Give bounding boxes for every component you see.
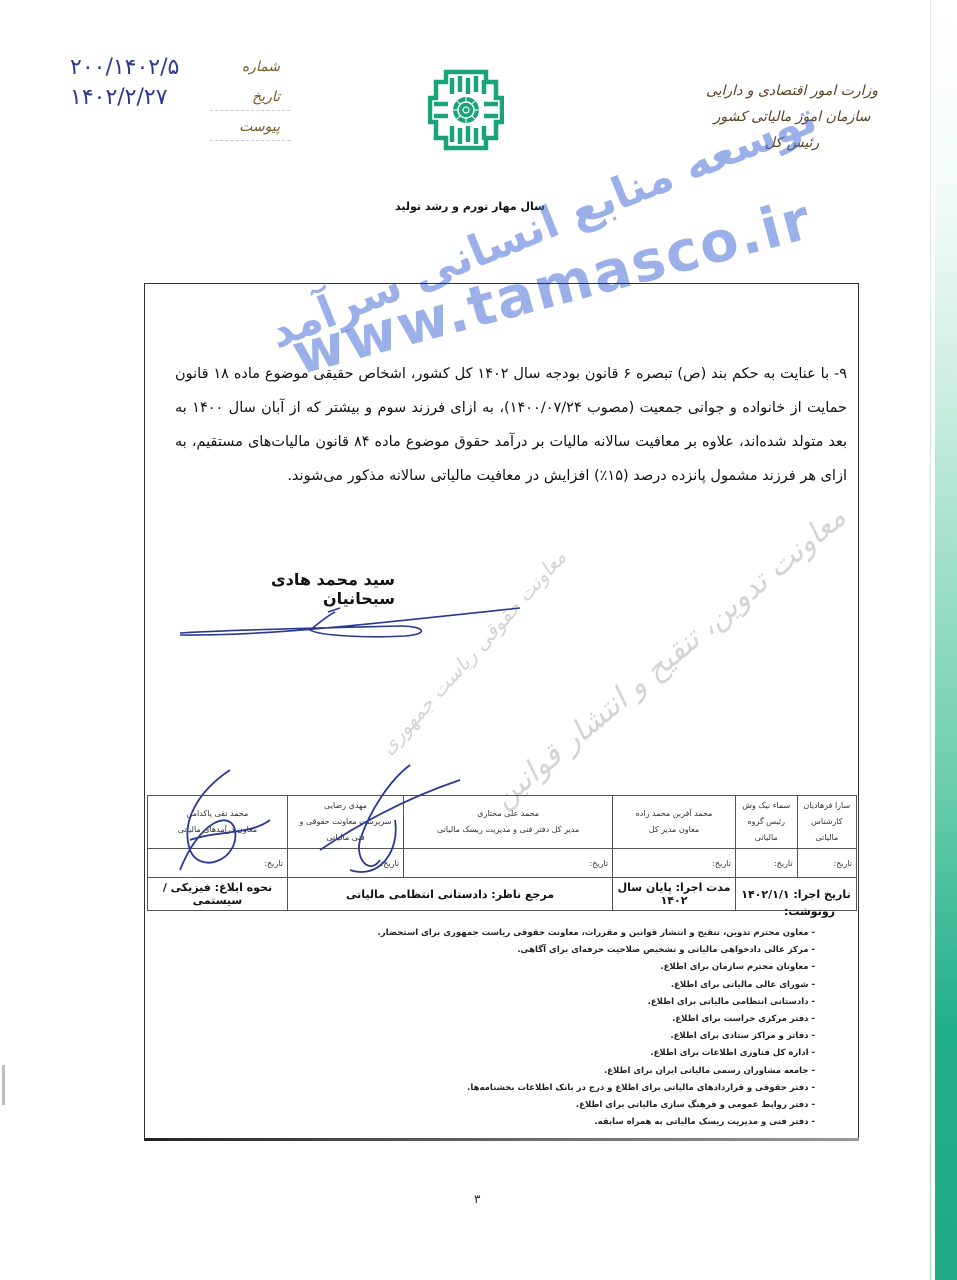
signatory-cell: سماء نیک وشرئیس گروه مالیاتی — [735, 796, 797, 849]
signatory-cell: مهدی رضاییسرپرست معاونت حقوقی و فنی مالی… — [287, 796, 403, 849]
letter-attachment-row: پیوست — [60, 115, 290, 145]
dotted-line — [210, 140, 290, 141]
date-cell: تاریخ: — [287, 849, 403, 878]
cc-item: اداره کل فناوری اطلاعات برای اطلاع. — [380, 1045, 815, 1062]
signatory-date-row: تاریخ: تاریخ: تاریخ: تاریخ: تاریخ: تاریخ… — [148, 849, 857, 878]
directive-paragraph: ۹- با عنایت به حکم بند (ص) تبصره ۶ قانون… — [175, 357, 847, 493]
office-title: رئیس کل — [697, 130, 887, 156]
signatory-cell: محمد علی مختاریمدیر کل دفتر فنی و مدیریت… — [404, 796, 613, 849]
page-edge-line — [930, 0, 931, 1280]
notification-method: نحوه ابلاغ: فیزیکی /سیستمی — [148, 878, 288, 911]
cc-title: رونوشت: — [760, 905, 835, 918]
execution-period: مدت اجرا: پایان سال ۱۴۰۲ — [613, 878, 736, 911]
cc-item: دادستانی انتظامی مالیاتی برای اطلاع. — [380, 994, 815, 1011]
cc-list: معاون محترم تدوین، تنقیح و انتشار قوانین… — [380, 925, 815, 1131]
signatory-cell: محمد آفرین محمد زادهمعاون مدیر کل — [613, 796, 736, 849]
letter-number-label: شماره — [242, 59, 280, 75]
signatory-cell: سارا فرهادیانکارشناس مالیاتی — [797, 796, 856, 849]
date-cell: تاریخ: — [148, 849, 288, 878]
cc-item: شورای عالی مالیاتی برای اطلاع. — [380, 977, 815, 994]
date-cell: تاریخ: — [797, 849, 856, 878]
letter-attachment-label: پیوست — [239, 119, 280, 135]
execution-info-row: تاریخ اجرا: ۱۴۰۲/۱/۱ مدت اجرا: پایان سال… — [148, 878, 857, 911]
dotted-line — [210, 110, 290, 111]
scan-mark — [2, 1065, 5, 1105]
supervisory-authority: مرجع ناظر: دادستانی انتظامی مالیاتی — [287, 878, 612, 911]
year-slogan: سال مهار تورم و رشد تولید — [380, 200, 560, 213]
signatory-cell: محمد تقی پاکدامنمعاون درآمدهای مالیاتی — [148, 796, 288, 849]
signature-mark — [170, 600, 530, 650]
approval-table: سارا فرهادیانکارشناس مالیاتی سماء نیک وش… — [147, 795, 857, 911]
date-cell: تاریخ: — [404, 849, 613, 878]
cc-item: معاون محترم تدوین، تنقیح و انتشار قوانین… — [380, 925, 815, 942]
letter-date-row: ۱۴۰۲/۲/۲۷ تاریخ — [60, 85, 290, 115]
frame-bottom-edge — [144, 1138, 859, 1141]
letter-number-value: ۲۰۰/۱۴۰۲/۵ — [70, 55, 179, 80]
signatory-row: سارا فرهادیانکارشناس مالیاتی سماء نیک وش… — [148, 796, 857, 849]
letter-number-row: ۲۰۰/۱۴۰۲/۵ شماره — [60, 55, 290, 85]
letter-date-value: ۱۴۰۲/۲/۲۷ — [70, 85, 168, 110]
organization-name: سازمان امور مالیاتی کشور — [697, 104, 887, 130]
tax-organization-logo-icon — [428, 68, 504, 152]
ministry-name: وزارت امور اقتصادی و دارایی — [697, 78, 887, 104]
letter-reference-block: ۲۰۰/۱۴۰۲/۵ شماره ۱۴۰۲/۲/۲۷ تاریخ پیوست — [60, 55, 290, 145]
cc-item: معاونان محترم سازمان برای اطلاع. — [380, 959, 815, 976]
page-number: ۳ — [474, 1192, 480, 1206]
cc-item: مرکز عالی دادخواهی مالیاتی و تشخیص صلاحی… — [380, 942, 815, 959]
cc-item: دفتر روابط عمومی و فرهنگ سازی مالیاتی بر… — [380, 1097, 815, 1114]
letter-date-label: تاریخ — [252, 89, 280, 105]
cc-item: دفتر فنی و مدیریت ریسک مالیاتی به همراه … — [380, 1114, 815, 1131]
date-cell: تاریخ: — [613, 849, 736, 878]
date-cell: تاریخ: — [735, 849, 797, 878]
cc-item: دفاتر و مراکز ستادی برای اطلاع. — [380, 1028, 815, 1045]
cc-item: دفتر حقوقی و قراردادهای مالیاتی برای اطل… — [380, 1080, 815, 1097]
cc-item: دفتر مرکزی حراست برای اطلاع. — [380, 1011, 815, 1028]
cc-item: جامعه مشاوران رسمی مالیاتی ایران برای اط… — [380, 1063, 815, 1080]
ministry-header: وزارت امور اقتصادی و دارایی سازمان امور … — [697, 78, 887, 156]
page-edge-green-band — [935, 0, 957, 1280]
